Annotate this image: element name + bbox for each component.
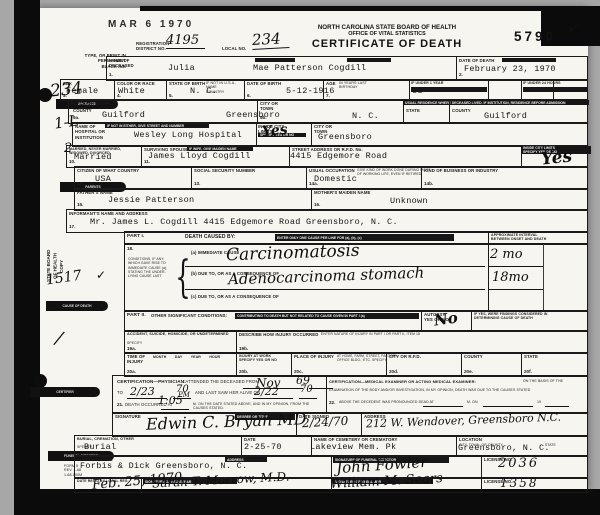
informant-value: Mr. James L. Cogdill 4415 Edgemore Road … <box>90 217 398 227</box>
dod-sub-bar <box>502 58 556 62</box>
immediate-cause-interval: 2 mo <box>490 247 523 262</box>
date-of-death-label: DATE OF DEATH <box>459 58 495 63</box>
citizen-label: CITIZEN OF WHAT COUNTRY <box>77 168 139 173</box>
informant-label: INFORMANT'S NAME AND ADDRESS <box>69 211 148 216</box>
brace-glyph: { <box>175 252 190 303</box>
document-title: CERTIFICATE OF DEATH <box>296 38 478 50</box>
side-tab-cause: CAUSE OF DEATH <box>46 301 108 311</box>
other-conditions-note-bar: CONTRIBUTING TO DEATH BUT NOT RELATED TO… <box>235 313 419 319</box>
hole-punch-bottom <box>33 374 47 388</box>
fd-license-value: 2036 <box>498 456 539 471</box>
father-value: Jessie Patterson <box>108 195 194 205</box>
injury-at-work-label: INJURY AT WORK SPECIFY YES OR NO <box>239 354 287 363</box>
how-injury-label: DESCRIBE HOW INJURY OCCURRED <box>239 332 318 337</box>
state-of-birth-value: N. C. <box>190 86 217 96</box>
date-signed-value: 2/24/70 <box>302 414 349 430</box>
sex-value: Female <box>66 86 98 96</box>
certificate-number: 5790 <box>514 29 556 44</box>
location-label: LOCATION <box>459 437 482 442</box>
autopsy-value: No <box>433 308 459 329</box>
scanned-death-certificate: MAR 6 1970 REGISTRATION DISTRICT NO. 419… <box>0 0 600 515</box>
date-of-birth-label: DATE OF BIRTH <box>247 81 281 86</box>
last-seen-date: 2/22 <box>254 385 279 398</box>
place-of-injury-label: PLACE OF INJURY <box>294 354 334 359</box>
date-of-birth-value: 5-12-1916 <box>286 86 335 96</box>
death-county-value: Guilford <box>102 110 145 120</box>
side-tab-certifier: CERTIFIER <box>30 387 100 397</box>
one-cause-note-bar: ENTER ONLY ONE CAUSE PER LINE FOR (a), (… <box>275 234 454 241</box>
registration-district-value: 4195 <box>166 33 205 49</box>
due-to-b-interval: 18mo <box>492 270 529 285</box>
under-1-year-label: IF UNDER 1 YEAR <box>411 81 443 85</box>
office-name: OFFICE OF VITAL STATISTICS <box>296 31 478 37</box>
name-rest-value: Mae Patterson Cogdill <box>253 63 366 73</box>
residence-city-value: Greensboro <box>318 132 372 142</box>
signature-label: SIGNATURE <box>115 414 141 419</box>
date-of-death-value: February 23, 1970 <box>464 64 556 74</box>
death-time-ampm: PM <box>178 391 190 399</box>
marital-value: Married <box>74 152 112 162</box>
attended-to-date: 2/23 <box>130 385 155 398</box>
middle-name-bar <box>347 58 391 62</box>
hospital-label: NAME OF HOSPITAL OR INSTITUTION <box>75 124 105 140</box>
mother-value: Unknown <box>390 196 428 206</box>
spouse-value: James Lloyd Cogdill <box>148 151 251 161</box>
local-no-value: 234 <box>252 29 290 50</box>
margin-checkmark-icon: ✓ <box>96 268 106 282</box>
burial-value: Burial <box>84 442 116 452</box>
findings-note: IF YES, WERE FINDINGS CONSIDERED IN DETE… <box>474 312 580 321</box>
part1-label: PART I. <box>127 234 144 240</box>
residence-county-value: Guilford <box>484 111 527 121</box>
hospital-value: Wesley Long Hospital <box>134 130 242 140</box>
occupation-value: Domestic <box>314 174 357 184</box>
interval-label: APPROXIMATE INTERVAL BETWEEN ONSET AND D… <box>491 233 583 242</box>
ssn-label: SOCIAL SECURITY NUMBER <box>194 168 255 173</box>
scan-left-edge <box>14 0 40 515</box>
residence-county-label: COUNTY <box>452 108 471 113</box>
accident-label: ACCIDENT, SUICIDE, HOMICIDE, OR UNDETERM… <box>127 332 231 337</box>
death-caused-by-label: DEATH CAUSED BY: <box>185 234 236 240</box>
time-of-injury-label: TIME OF INJURY <box>127 354 145 365</box>
part2-label: PART II. <box>127 313 146 319</box>
death-county-label: COUNTY <box>73 108 92 113</box>
under-24-hours-label: IF UNDER 24 HOURS <box>523 81 561 85</box>
medical-examiner-heading: CERTIFICATION—MEDICAL EXAMINER OR ACTING… <box>329 379 476 384</box>
citizen-value: USA <box>95 174 111 184</box>
hospital-note-bar: IF NOT IN EITHER, GIVE STREET AND NUMBER <box>105 124 209 128</box>
injury-city-label: CITY OR R.F.D. <box>389 354 421 359</box>
name-label: NAME OF DECEASED <box>109 58 134 69</box>
under-24-hours-bar <box>523 87 587 92</box>
location-value: Greensboro, N. C. <box>458 443 550 453</box>
name-first-value: Julia <box>168 63 195 73</box>
cemetery-value: Lakeview Mem. Pk <box>310 442 396 452</box>
age-value: 53 <box>412 86 423 96</box>
due-to-c-label: (c) DUE TO, OR AS A CONSEQUENCE OF <box>191 294 279 299</box>
burial-date-value: 2-25-70 <box>244 442 282 452</box>
usual-residence-bar: USUAL RESIDENCE WHERE DECEASED LIVED. IF… <box>403 100 589 105</box>
industry-label: KIND OF BUSINESS OR INDUSTRY <box>424 168 498 173</box>
other-conditions-label: OTHER SIGNIFICANT CONDITIONS: <box>151 313 227 318</box>
copy-designation: STATE BOARD OF HEALTH COPY <box>46 228 65 304</box>
row-injury-details: TIME OF INJURY MONTH DAY YEAR HOUR 20a. … <box>124 352 588 377</box>
local-no-label: LOCAL NO. <box>222 46 256 51</box>
street-address-value: 4415 Edgemore Road <box>290 151 387 161</box>
race-value: White <box>118 86 145 96</box>
icl1-value: Yes <box>261 122 288 141</box>
injury-county-label: COUNTY <box>464 354 483 359</box>
conditions-note: CONDITIONS, IF ANY, WHICH GAVE RISE TO I… <box>128 257 172 278</box>
first-name-bar <box>255 58 295 62</box>
injury-state-label: STATE <box>524 354 538 359</box>
occupation-label: USUAL OCCUPATION <box>309 168 355 173</box>
scan-top-edge <box>140 6 600 11</box>
embalmer-license-value: 1358 <box>500 476 539 490</box>
death-city-value: Greensboro <box>226 110 280 120</box>
received-date-stamp: MAR 6 1970 <box>108 19 194 30</box>
row-accident: ACCIDENT, SUICIDE, HOMICIDE, OR UNDETERM… <box>124 330 588 354</box>
funeral-home-value: Forbis & Dick Greensboro, N. C. <box>80 461 247 471</box>
residence-state-label: STATE <box>406 108 420 113</box>
part2-row: PART II. OTHER SIGNIFICANT CONDITIONS: C… <box>124 310 588 332</box>
last-seen-year: 70 <box>300 384 313 395</box>
place-of-death-label: PLACE OF DEATH <box>71 101 110 106</box>
mother-label: MOTHER'S MAIDEN NAME <box>314 190 371 195</box>
board-name: NORTH CAROLINA STATE BOARD OF HEALTH <box>296 24 478 31</box>
residence-state-value: N. C. <box>352 111 379 121</box>
